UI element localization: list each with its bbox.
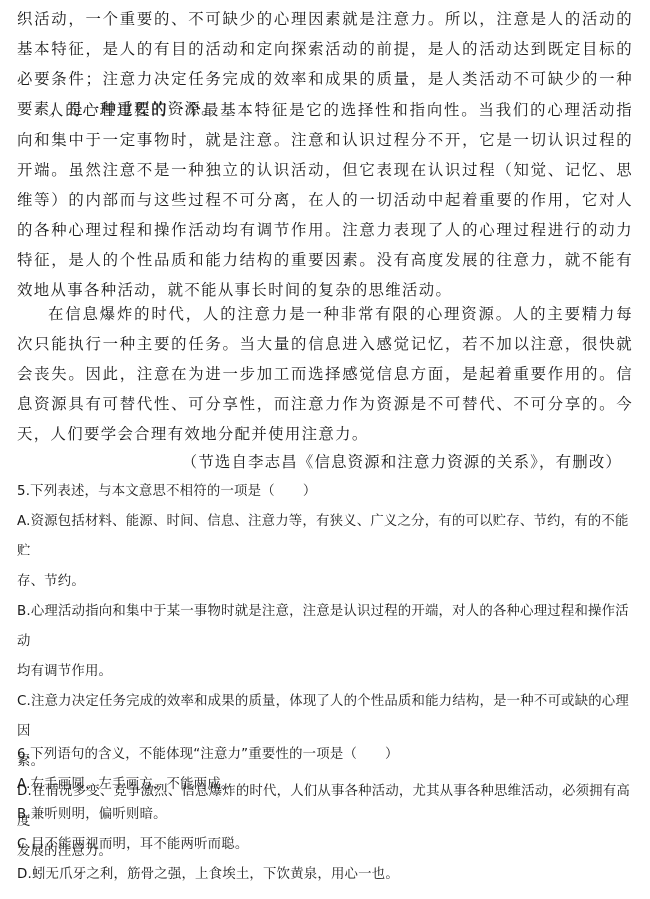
question-6: 6.下列语句的含义，不能体现“注意力”重要性的一项是（） A.右手画圆，左手画方… (17, 740, 637, 890)
question-5-option-b-cont: 均有调节作用。 (17, 657, 637, 687)
question-5-option-a-cont: 存、节约。 (17, 567, 637, 597)
passage-source-citation: （节选自李志昌《信息资源和注意力资源的关系》，有删改） (182, 451, 622, 473)
question-6-stem: 6.下列语句的含义，不能体现“注意力”重要性的一项是（） (17, 740, 637, 770)
question-6-option-c: C.目不能两视而明，耳不能两听而聪。 (17, 830, 637, 860)
passage-paragraph-3: 在信息爆炸的时代，人的注意力是一种非常有限的心理资源。人的主要精力每次只能执行一… (17, 299, 633, 449)
question-6-option-d: D.蚓无爪牙之利，筋骨之强，上食埃土，下饮黄泉，用心一也。 (17, 860, 637, 890)
question-5-stem: 5.下列表述，与本文意思不相符的一项是（） (17, 477, 637, 507)
question-5-option-c: C.注意力决定任务完成的效率和成果的质量，体现了人的个性品质和能力结构，是一种不… (17, 687, 637, 747)
question-6-option-a: A.右手画圆，左手画方，不能两成。 (17, 770, 637, 800)
question-6-option-b: B.兼听则明，偏听则暗。 (17, 800, 637, 830)
question-5-option-a: A.资源包括材料、能源、时间、信息、注意力等，有狭义、广义之分，有的可以贮存、节… (17, 507, 637, 567)
passage-paragraph-2: 人的心理过程的一个最基本特征是它的选择性和指向性。当我们的心理活动指向和集中于一… (17, 95, 633, 305)
question-5-option-b: B.心理活动指向和集中于某一事物时就是注意，注意是认识过程的开端，对人的各种心理… (17, 597, 637, 657)
document-page: 织活动，一个重要的、不可缺少的心理因素就是注意力。所以，注意是人的活动的基本特征… (0, 0, 650, 899)
